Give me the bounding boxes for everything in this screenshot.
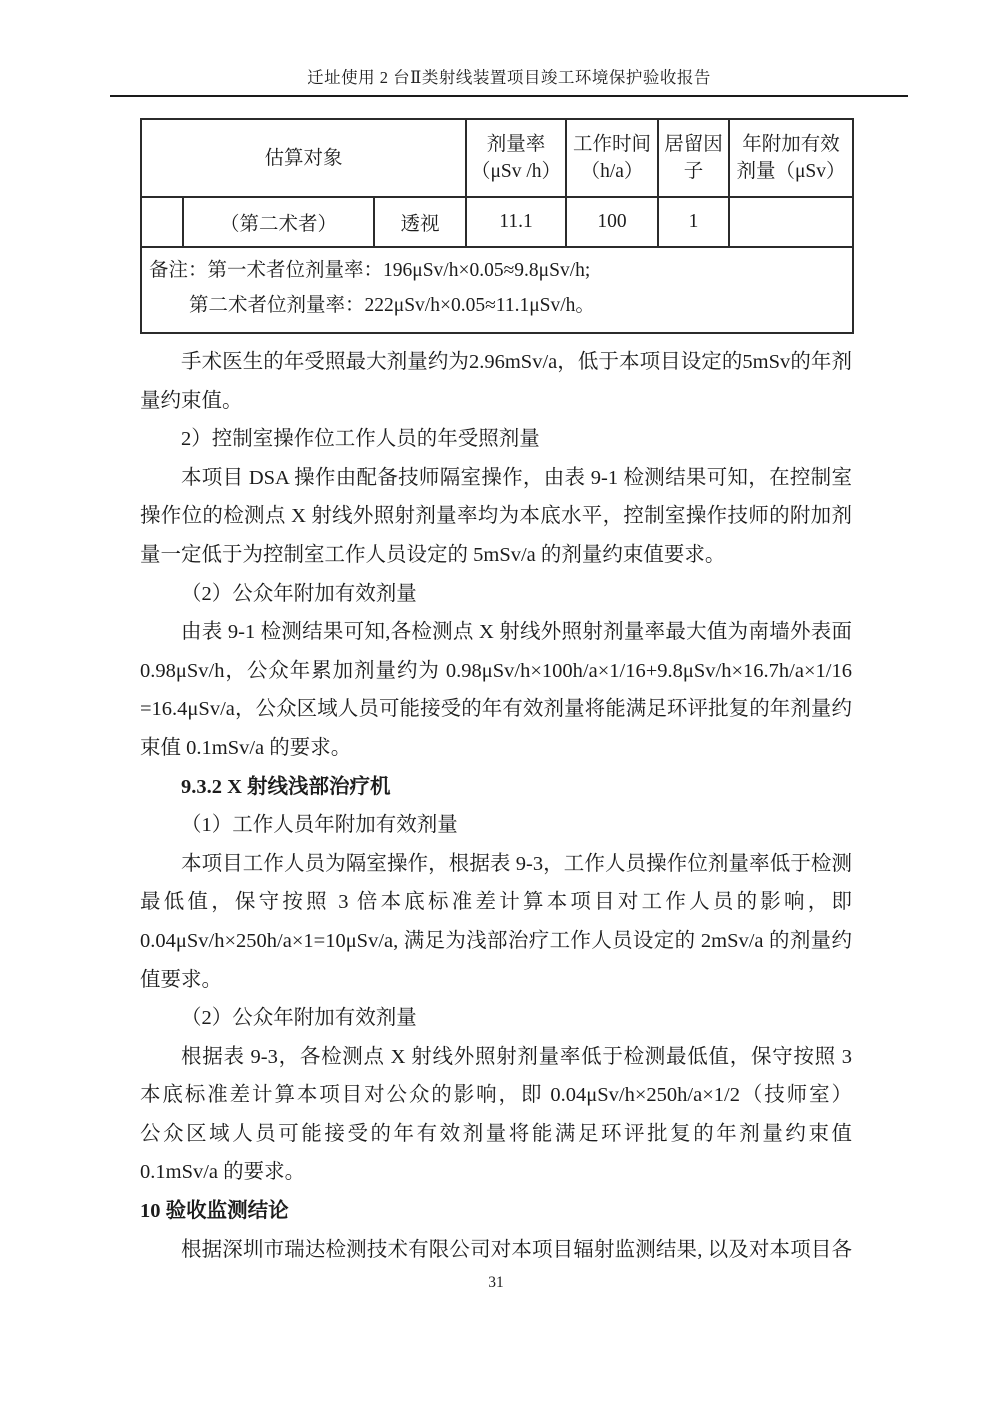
body-line: 本项目 DSA 操作由配备技师隔室操作，由表 9-1 检测结果可知，在控制室: [140, 459, 852, 498]
body-line: 根据表 9-3，各检测点 X 射线外照射剂量率低于检测最低值，保守按照 3 倍: [140, 1038, 852, 1077]
cell-annual-dose: [729, 197, 853, 247]
note-line-1: 备注：第一术者位剂量率：196μSv/h×0.05≈9.8μSv/h;: [149, 253, 846, 288]
body-line: 操作位的检测点 X 射线外照射剂量率均为本底水平，控制室操作技师的附加剂: [140, 497, 852, 536]
document-page: 迁址使用 2 台Ⅱ类射线装置项目竣工环境保护验收报告 估算对象 剂量率 （μSv…: [0, 0, 992, 1403]
section-heading-9-3-2: 9.3.2 X 射线浅部治疗机: [140, 768, 852, 807]
page-content: 估算对象 剂量率 （μSv /h） 工作时间 （h/a） 居留因 子 年附加有效…: [140, 118, 852, 1269]
page-header: 迁址使用 2 台Ⅱ类射线装置项目竣工环境保护验收报告: [110, 0, 908, 97]
cell-empty: [141, 197, 183, 247]
page-number: 31: [0, 1274, 992, 1292]
header-title: 迁址使用 2 台Ⅱ类射线装置项目竣工环境保护验收报告: [307, 64, 711, 88]
body-line: 手术医生的年受照最大剂量约为2.96mSv/a，低于本项目设定的5mSv的年剂: [140, 343, 852, 382]
body-line: （2）公众年附加有效剂量: [140, 999, 852, 1038]
body-line: 量一定低于为控制室工作人员设定的 5mSv/a 的剂量约束值要求。: [140, 536, 852, 575]
table-data-row: （第二术者） 透视 11.1 100 1: [141, 197, 853, 247]
cell-occupancy: 1: [658, 197, 729, 247]
body-line: （2）公众年附加有效剂量: [140, 575, 852, 614]
section-heading-10: 10 验收监测结论: [140, 1192, 852, 1231]
body-line: =16.4μSv/a，公众区域人员可能接受的年有效剂量将能满足环评批复的年剂量约: [140, 690, 852, 729]
body-text: 手术医生的年受照最大剂量约为2.96mSv/a，低于本项目设定的5mSv的年剂 …: [140, 343, 852, 1269]
body-line: 由表 9-1 检测结果可知,各检测点 X 射线外照射剂量率最大值为南墙外表面: [140, 613, 852, 652]
body-line: 值要求。: [140, 961, 852, 1000]
body-line: 0.04μSv/h×250h/a×1=10μSv/a, 满足为浅部治疗工作人员设…: [140, 922, 852, 961]
body-line: 量约束值。: [140, 382, 852, 421]
column-header-work-time: 工作时间 （h/a）: [566, 119, 658, 197]
column-header-object: 估算对象: [141, 119, 466, 197]
cell-dose-rate: 11.1: [466, 197, 566, 247]
body-line: 0.1mSv/a 的要求。: [140, 1153, 852, 1192]
cell-subject: （第二术者）: [183, 197, 374, 247]
note-line-2: 第二术者位剂量率：222μSv/h×0.05≈11.1μSv/h。: [149, 288, 846, 323]
dose-estimate-table: 估算对象 剂量率 （μSv /h） 工作时间 （h/a） 居留因 子 年附加有效…: [140, 118, 854, 334]
cell-mode: 透视: [374, 197, 466, 247]
table-header-row: 估算对象 剂量率 （μSv /h） 工作时间 （h/a） 居留因 子 年附加有效…: [141, 119, 853, 197]
table-note-row: 备注：第一术者位剂量率：196μSv/h×0.05≈9.8μSv/h; 第二术者…: [141, 247, 853, 333]
body-line: （1）工作人员年附加有效剂量: [140, 806, 852, 845]
body-line: 0.98μSv/h，公众年累加剂量约为 0.98μSv/h×100h/a×1/1…: [140, 652, 852, 691]
body-line: 最低值，保守按照 3 倍本底标准差计算本项目对工作人员的影响，即: [140, 883, 852, 922]
body-line: 根据深圳市瑞达检测技术有限公司对本项目辐射监测结果, 以及对本项目各: [140, 1231, 852, 1270]
body-line: 本底标准差计算本项目对公众的影响，即 0.04μSv/h×250h/a×1/2（…: [140, 1076, 852, 1115]
column-header-occupancy-factor: 居留因 子: [658, 119, 729, 197]
body-line: 公众区域人员可能接受的年有效剂量将能满足环评批复的年剂量约束值: [140, 1115, 852, 1154]
body-line: 本项目工作人员为隔室操作，根据表 9-3，工作人员操作位剂量率低于检测: [140, 845, 852, 884]
column-header-dose-rate: 剂量率 （μSv /h）: [466, 119, 566, 197]
body-line: 2）控制室操作位工作人员的年受照剂量: [140, 420, 852, 459]
table-note-cell: 备注：第一术者位剂量率：196μSv/h×0.05≈9.8μSv/h; 第二术者…: [141, 247, 853, 333]
body-line: 束值 0.1mSv/a 的要求。: [140, 729, 852, 768]
column-header-annual-effective-dose: 年附加有效 剂量（μSv）: [729, 119, 853, 197]
cell-work-time: 100: [566, 197, 658, 247]
